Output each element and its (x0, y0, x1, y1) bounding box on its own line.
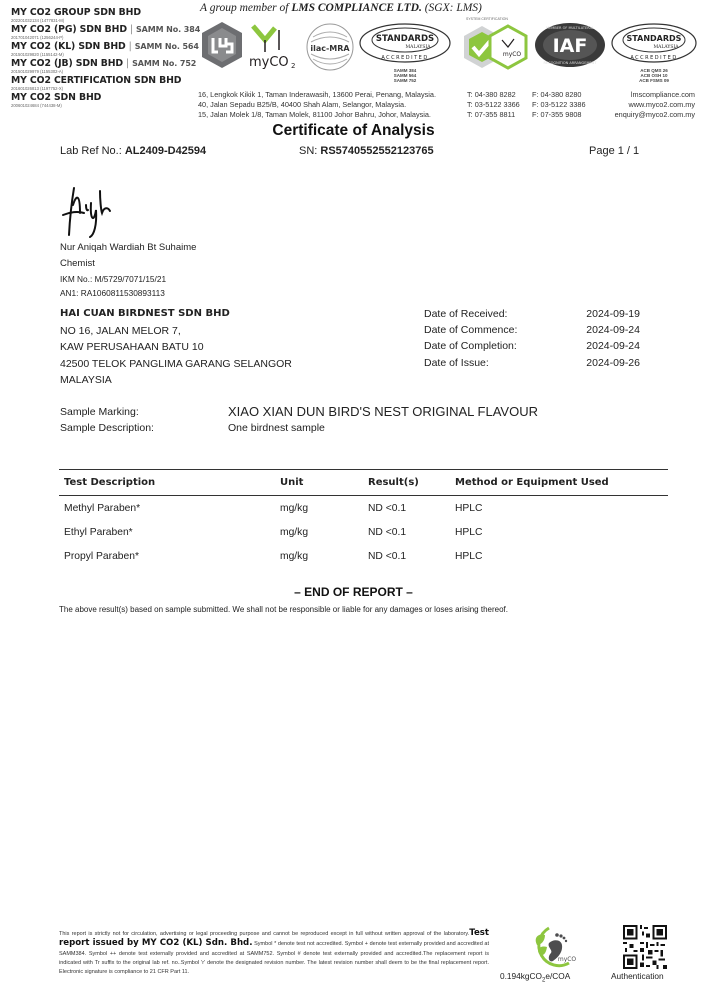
client-name: HAI CUAN BIRDNEST SDN BHD (60, 306, 292, 323)
svg-text:ilac-MRA: ilac-MRA (310, 44, 350, 53)
lms-logo-icon (200, 20, 244, 70)
svg-text:myCO: myCO (503, 51, 522, 58)
serial-number-value: RS5740552552123765 (320, 145, 433, 157)
company-reg: 201601026813 (1197752-X) (11, 86, 181, 91)
lab-ref-number: AL2409-D42594 (125, 145, 206, 157)
website-link[interactable]: www.myco2.com.my (615, 100, 695, 110)
sample-block: Sample Marking: XIAO XIAN DUN BIRD'S NES… (60, 404, 538, 436)
document-title: Certificate of Analysis (0, 122, 707, 140)
address-list: 16, Lengkok Kikik 1, Taman Inderawasih, … (198, 90, 436, 120)
table-row: Methyl Paraben* mg/kg ND <0.1 HPLC (59, 496, 668, 520)
iaf-logo-icon: IAF MEMBER OF MULTILATERAL RECOGNITION A… (534, 22, 606, 68)
dates-block: Date of Received:2024-09-19 Date of Comm… (424, 306, 640, 371)
email-link[interactable]: enquiry@myco2.com.my (615, 110, 695, 120)
svg-text:ACCREDITED: ACCREDITED (630, 55, 677, 61)
phone-list: T: 04-380 8282 T: 03-5122 3366 T: 07-355… (467, 90, 520, 120)
ilac-mra-logo-icon: ilac-MRA (305, 22, 355, 72)
company-entry: MY CO2 (JB) SDN BHD|SAMM No. 752 2015010… (11, 58, 196, 74)
website-link[interactable]: lmscompliance.com (615, 90, 695, 100)
lab-ref: Lab Ref No.: AL2409-D42594 (60, 145, 206, 157)
ikm-number: IKM No.: M/5729/7071/15/21 (60, 272, 196, 286)
fax-list: F: 04-380 8280 F: 03-5122 3386 F: 07-355… (532, 90, 586, 120)
samm-number: SAMM No. 564 (135, 42, 199, 51)
company-reg: 202201032134 (1477831-M) (11, 18, 141, 23)
system-certification-label: SYSTEM CERTIFICATION (466, 17, 508, 21)
samm-number: SAMM No. 752 (132, 59, 196, 68)
company-name: MY CO2 (KL) SDN BHD (11, 41, 126, 52)
client-block: HAI CUAN BIRDNEST SDN BHD NO 16, JALAN M… (60, 306, 292, 389)
client-address-line: KAW PERUSAHAAN BATU 10 (60, 339, 292, 356)
signatory-role: Chemist (60, 256, 196, 272)
column-header: Test Description (59, 477, 280, 488)
standards-malaysia-logo-icon: STANDARDS MALAYSIA ACCREDITED (358, 22, 452, 67)
date-completion: Date of Completion:2024-09-24 (424, 338, 640, 354)
svg-text:MEMBER OF MULTILATERAL: MEMBER OF MULTILATERAL (546, 26, 594, 30)
sample-marking: Sample Marking: XIAO XIAN DUN BIRD'S NES… (60, 404, 538, 420)
samm-accreditation-list: SAMM 384 SAMM 564 SAMM 752 (385, 68, 425, 83)
column-header: Method or Equipment Used (455, 477, 668, 488)
company-reg: 201501029979 (1155302-A) (11, 69, 196, 74)
results-table: Test Description Unit Result(s) Method o… (59, 469, 668, 568)
an1-number: AN1: RA1060811530893113 (60, 286, 196, 300)
end-of-report: – END OF REPORT – (0, 585, 707, 599)
company-entry: MY CO2 (PG) SDN BHD|SAMM No. 384 2017010… (11, 24, 200, 40)
table-header: Test Description Unit Result(s) Method o… (59, 469, 668, 496)
date-received: Date of Received:2024-09-19 (424, 306, 640, 322)
svg-text:myCO: myCO (249, 55, 289, 70)
page-number: Page 1 / 1 (589, 145, 639, 157)
serial-number: SN: RS5740552552123765 (299, 145, 434, 157)
company-reg: 201501029820 (1155142-M) (11, 52, 199, 57)
samm-number: SAMM No. 384 (136, 25, 200, 34)
company-entry: MY CO2 CERTIFICATION SDN BHD 20160102681… (11, 75, 181, 91)
svg-text:STANDARDS: STANDARDS (627, 34, 682, 43)
client-address-line: NO 16, JALAN MELOR 7, (60, 323, 292, 340)
sample-marking-value: XIAO XIAN DUN BIRD'S NEST ORIGINAL FLAVO… (228, 404, 538, 420)
client-address-line: MALAYSIA (60, 372, 292, 389)
company-name: MY CO2 SDN BHD (11, 92, 101, 103)
company-name: MY CO2 CERTIFICATION SDN BHD (11, 75, 181, 86)
svg-text:RECOGNITION ARRANGEMENT: RECOGNITION ARRANGEMENT (544, 61, 598, 65)
signatory-name: Nur Aniqah Wardiah Bt Suhaime (60, 240, 196, 256)
svg-text:2: 2 (291, 62, 295, 70)
footer-notice: This report is strictly not for circulat… (59, 929, 489, 977)
qr-code-icon[interactable] (623, 925, 667, 969)
myco2-logo-icon: myCO 2 (245, 22, 300, 70)
svg-text:IAF: IAF (553, 35, 588, 57)
system-certification-logo-icon: myCO (460, 22, 530, 72)
signatory-block: Nur Aniqah Wardiah Bt Suhaime Chemist IK… (60, 240, 196, 300)
company-entry: MY CO2 SDN BHD 200601024684 (744438-M) (11, 92, 101, 108)
company-reg: 200601024684 (744438-M) (11, 103, 101, 108)
sample-description-value: One birdnest sample (228, 420, 325, 436)
date-issue: Date of Issue:2024-09-26 (424, 355, 640, 371)
authentication-label: Authentication (611, 971, 664, 981)
table-row: Ethyl Paraben* mg/kg ND <0.1 HPLC (59, 520, 668, 544)
svg-text:myCO: myCO (558, 956, 577, 963)
svg-text:MALAYSIA: MALAYSIA (406, 44, 432, 50)
company-entry: MY CO2 GROUP SDN BHD 202201032134 (14778… (11, 7, 141, 23)
date-commence: Date of Commence:2024-09-24 (424, 322, 640, 338)
group-name: LMS COMPLIANCE LTD. (291, 2, 421, 14)
company-name: MY CO2 (JB) SDN BHD (11, 58, 123, 69)
column-header: Result(s) (368, 477, 455, 488)
company-name: MY CO2 GROUP SDN BHD (11, 7, 141, 18)
svg-text:ACCREDITED: ACCREDITED (381, 55, 428, 61)
sample-description: Sample Description: One birdnest sample (60, 420, 538, 436)
company-reg: 201701042071 (1256244-P) (11, 35, 200, 40)
standards-malaysia-acb-logo-icon: STANDARDS MALAYSIA ACCREDITED (610, 22, 698, 67)
web-contact-list: lmscompliance.com www.myco2.com.my enqui… (615, 90, 695, 120)
carbon-footprint-icon: myCO (527, 925, 577, 970)
signature-icon (60, 185, 130, 240)
column-header: Unit (280, 477, 368, 488)
group-member-line: A group member of LMS COMPLIANCE LTD. (S… (200, 2, 482, 14)
disclaimer-text: The above result(s) based on sample subm… (59, 605, 508, 614)
acb-accreditation-list: ACB QMS 26 ACB OSH 10 ACB FSMS 09 (634, 68, 674, 83)
svg-text:MALAYSIA: MALAYSIA (654, 44, 680, 50)
carbon-footprint-value: 0.194kgCO2e/COA (500, 971, 570, 984)
company-entry: MY CO2 (KL) SDN BHD|SAMM No. 564 2015010… (11, 41, 199, 57)
table-row: Propyl Paraben* mg/kg ND <0.1 HPLC (59, 544, 668, 568)
client-address-line: 42500 TELOK PANGLIMA GARANG SELANGOR (60, 356, 292, 373)
company-name: MY CO2 (PG) SDN BHD (11, 24, 127, 35)
svg-text:STANDARDS: STANDARDS (376, 34, 434, 44)
